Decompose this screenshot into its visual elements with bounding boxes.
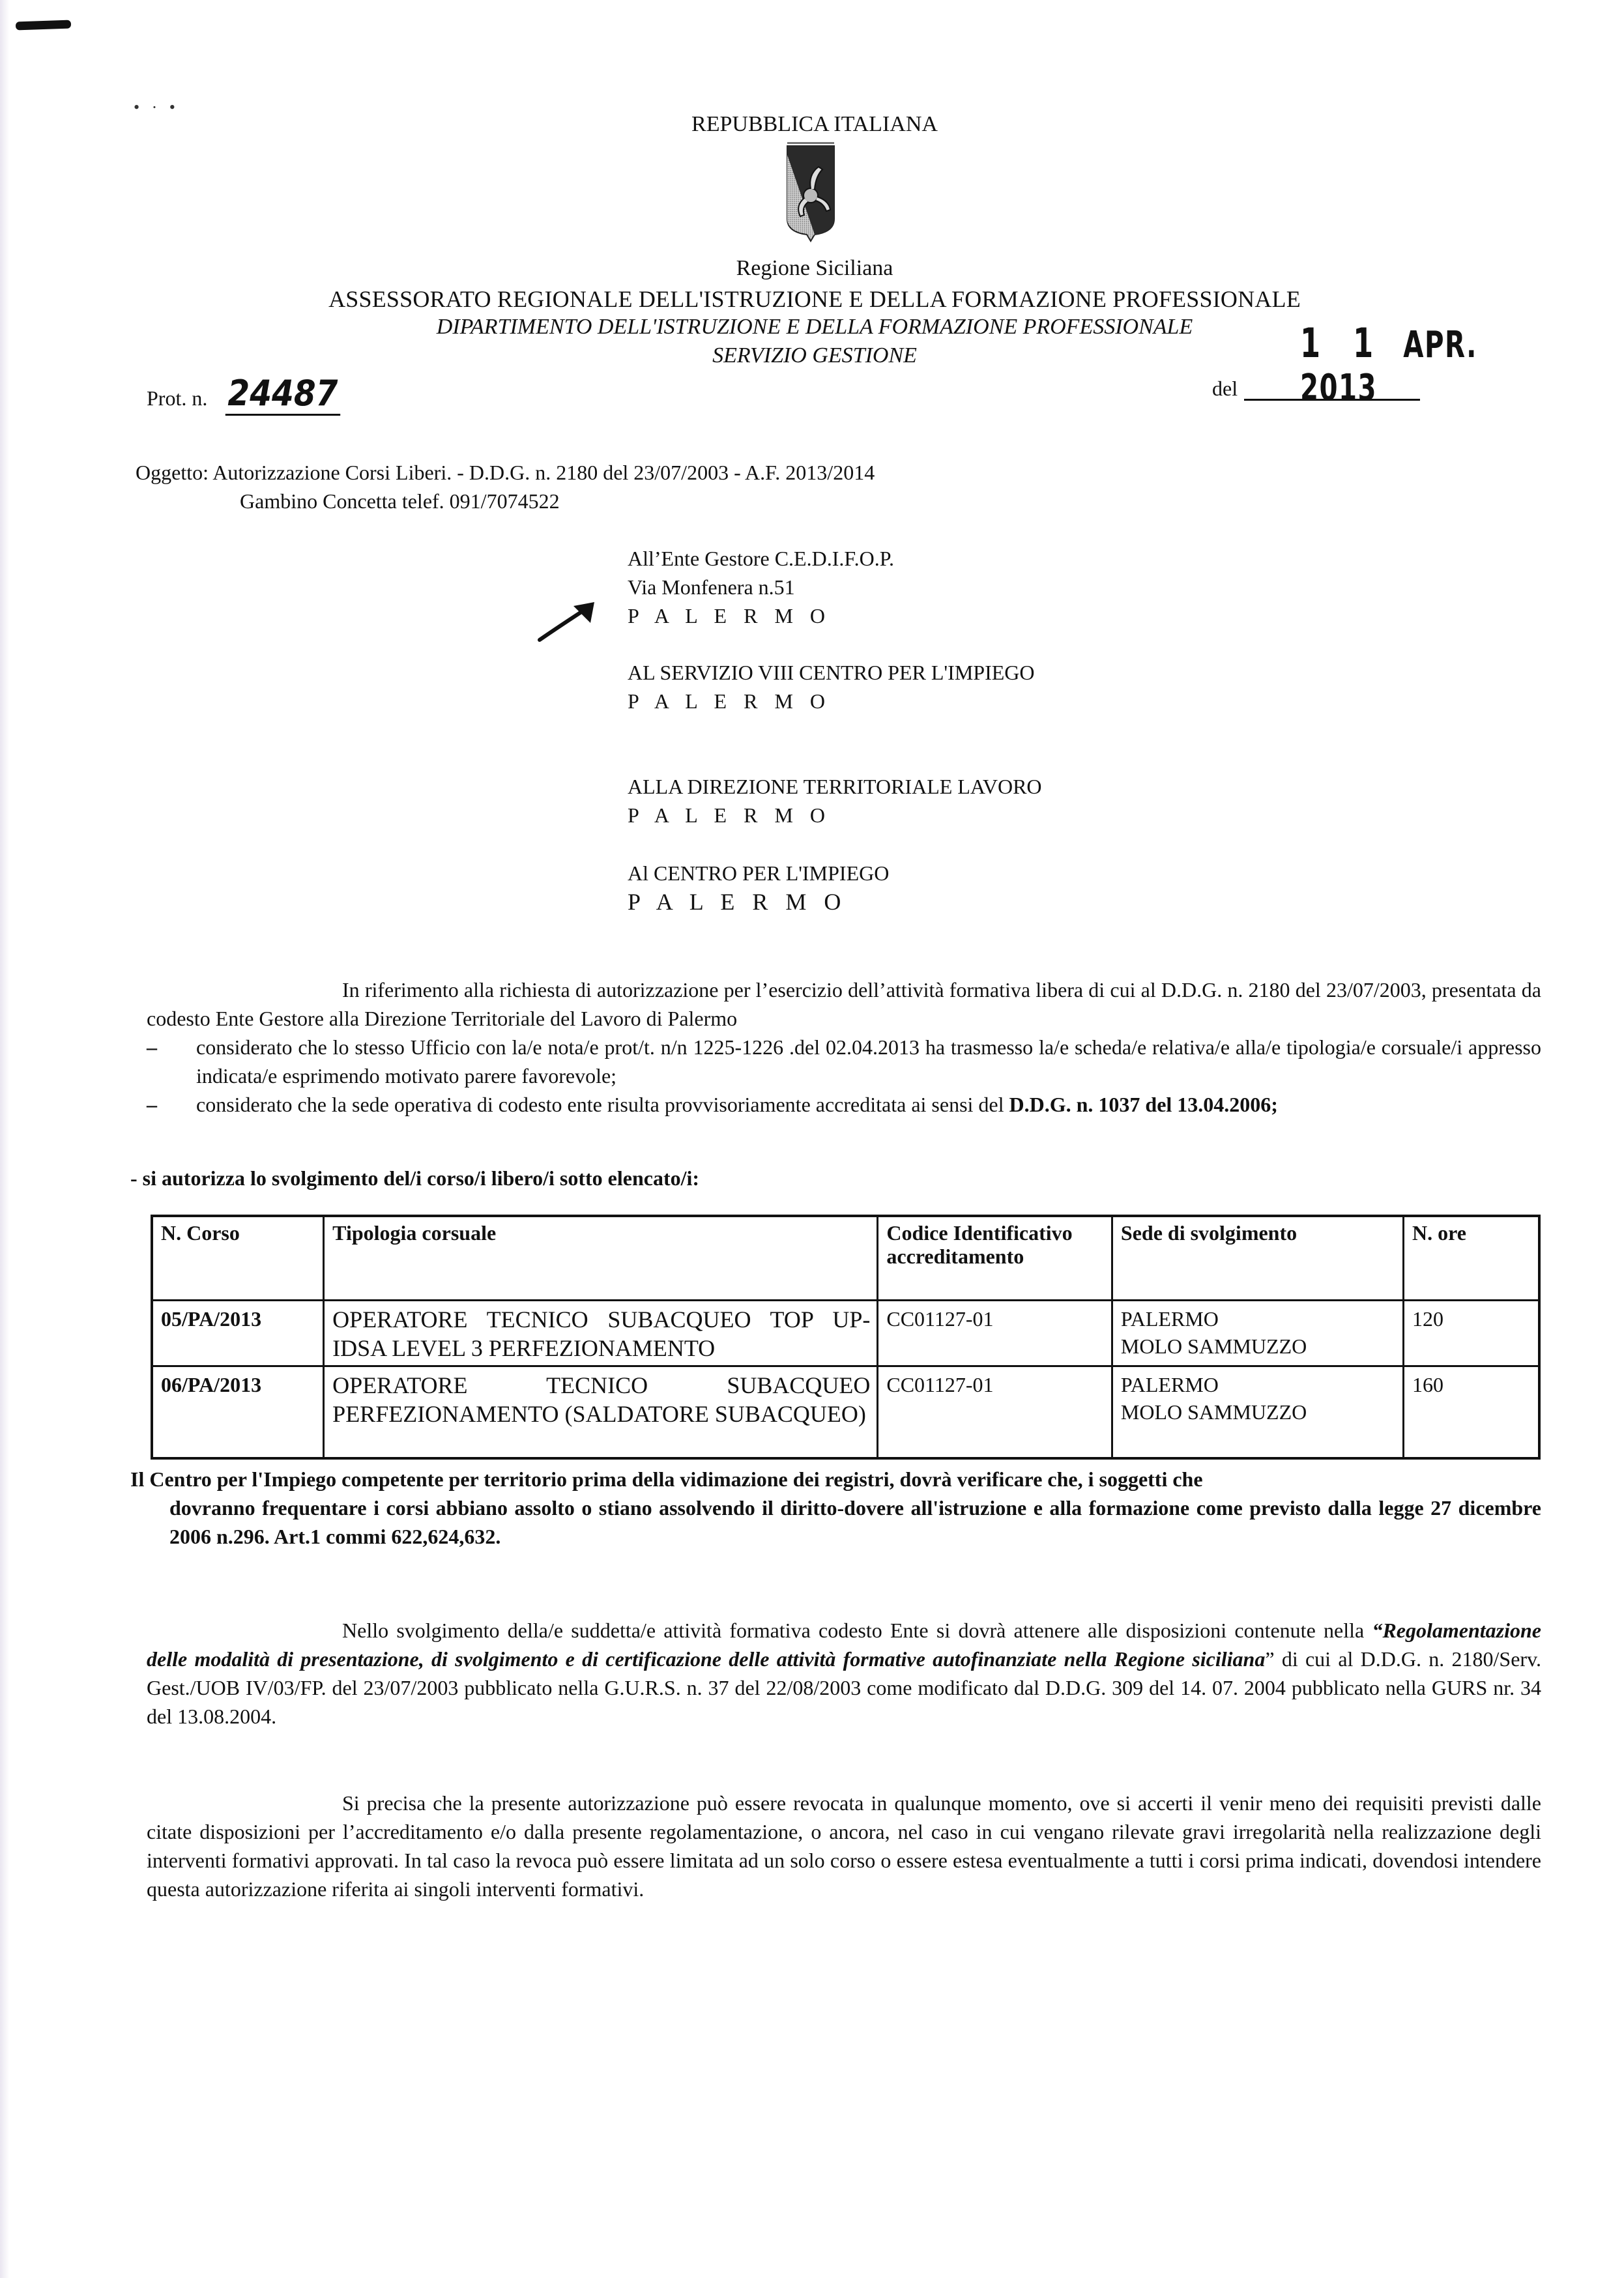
regulation-lead: Nello svolgimento della/e suddetta/e att… <box>342 1619 1372 1642</box>
bullet-dash: – <box>147 1033 196 1090</box>
note-first-line: Il Centro per l'Impiego competente per t… <box>130 1467 1203 1491</box>
date-field: del <box>1212 377 1420 401</box>
recipient-name: All’Ente Gestore C.E.D.I.F.O.P. <box>628 544 894 573</box>
bullet-text-plain: considerato che la sede operativa di cod… <box>196 1093 1009 1116</box>
assessorato-heading: ASSESSORATO REGIONALE DELL'ISTRUZIONE E … <box>261 285 1369 313</box>
recipient-name: AL SERVIZIO VIII CENTRO PER L'IMPIEGO <box>628 658 1035 687</box>
handwritten-arrow-icon <box>534 599 600 645</box>
date-label: del <box>1212 377 1238 400</box>
trinacria-shield-icon <box>782 142 839 243</box>
recipient-direzione-lavoro: ALLA DIREZIONE TERRITORIALE LAVORO P A L… <box>628 772 1042 829</box>
recipient-servizio-viii: AL SERVIZIO VIII CENTRO PER L'IMPIEGO P … <box>628 658 1035 715</box>
list-item: – considerato che lo stesso Ufficio con … <box>147 1033 1541 1090</box>
table-header-row: N. Corso Tipologia corsuale Codice Ident… <box>152 1216 1539 1301</box>
subject-contact: Gambino Concetta telef. 091/7074522 <box>136 487 875 515</box>
punch-mark <box>16 20 71 31</box>
cell-sede: PALERMOMOLO SAMMUZZO <box>1112 1301 1403 1366</box>
subject-block: Oggetto: Autorizzazione Corsi Liberi. - … <box>136 458 875 515</box>
protocol-number: 24487 <box>225 373 340 416</box>
protocol-label: Prot. n. <box>147 386 207 410</box>
dipartimento-heading: DIPARTIMENTO DELL'ISTRUZIONE E DELLA FOR… <box>293 315 1336 339</box>
cell-n-corso: 05/PA/2013 <box>152 1301 324 1366</box>
list-item: – considerato che la sede operativa di c… <box>147 1090 1541 1119</box>
recipient-city: P A L E R M O <box>628 887 889 916</box>
bullet-dash: – <box>147 1090 196 1119</box>
table-row: 05/PA/2013 OPERATORE TECNICO SUBACQUEO T… <box>152 1301 1539 1366</box>
col-header-codice: Codice Identificativo accreditamento <box>878 1216 1112 1301</box>
bullet-text-bold: D.D.G. n. 1037 del 13.04.2006; <box>1009 1093 1278 1116</box>
sede-city: PALERMO <box>1121 1305 1396 1333</box>
employment-center-note: Il Centro per l'Impiego competente per t… <box>130 1465 1541 1551</box>
recipient-name: Al CENTRO PER L'IMPIEGO <box>628 859 889 887</box>
sede-place: MOLO SAMMUZZO <box>1121 1333 1396 1360</box>
cell-codice: CC01127-01 <box>878 1301 1112 1366</box>
intro-paragraph: In riferimento alla richiesta di autoriz… <box>147 975 1541 1033</box>
cell-codice: CC01127-01 <box>878 1366 1112 1459</box>
sede-city: PALERMO <box>1121 1371 1396 1398</box>
note-continuation: dovranno frequentare i corsi abbiano ass… <box>130 1493 1541 1551</box>
protocol-line: Prot. n. 24487 <box>147 373 347 416</box>
courses-table: N. Corso Tipologia corsuale Codice Ident… <box>151 1215 1541 1460</box>
revocation-paragraph: Si precisa che la presente autorizzazion… <box>147 1789 1541 1903</box>
date-blank-line <box>1244 381 1420 401</box>
authorization-statement: - si autorizza lo svolgimento del/i cors… <box>130 1166 699 1190</box>
cell-tipologia: OPERATORE TECNICO SUBACQUEO TOP UP- IDSA… <box>324 1301 878 1366</box>
scan-edge-shadow <box>0 0 9 2278</box>
date-stamp-day: 1 1 <box>1300 319 1385 367</box>
recipient-city: P A L E R M O <box>628 801 1042 829</box>
recipient-city: P A L E R M O <box>628 687 1035 715</box>
col-header-n-corso: N. Corso <box>152 1216 324 1301</box>
recipient-city: P A L E R M O <box>628 601 894 630</box>
cell-tipologia: OPERATORE TECNICO SUBACQUEO PERFEZIONAME… <box>324 1366 878 1459</box>
recipient-address: Via Monfenera n.51 <box>628 573 894 601</box>
recipient-name: ALLA DIREZIONE TERRITORIALE LAVORO <box>628 772 1042 801</box>
cell-ore: 120 <box>1403 1301 1539 1366</box>
col-header-sede: Sede di svolgimento <box>1112 1216 1403 1301</box>
recipient-cedifop: All’Ente Gestore C.E.D.I.F.O.P. Via Monf… <box>628 544 894 630</box>
republic-heading: REPUBBLICA ITALIANA <box>587 112 1043 137</box>
subject-line: Oggetto: Autorizzazione Corsi Liberi. - … <box>136 458 875 487</box>
table-row: 06/PA/2013 OPERATORE TECNICO SUBACQUEO P… <box>152 1366 1539 1459</box>
cell-ore: 160 <box>1403 1366 1539 1459</box>
servizio-heading: SERVIZIO GESTIONE <box>587 343 1043 368</box>
col-header-ore: N. ore <box>1403 1216 1539 1301</box>
recipient-centro-impiego: Al CENTRO PER L'IMPIEGO P A L E R M O <box>628 859 889 916</box>
regulation-paragraph: Nello svolgimento della/e suddetta/e att… <box>147 1616 1541 1731</box>
cell-sede: PALERMOMOLO SAMMUZZO <box>1112 1366 1403 1459</box>
scribble-mark: • · • <box>134 98 238 111</box>
sede-place: MOLO SAMMUZZO <box>1121 1398 1396 1426</box>
considerations-list: – considerato che lo stesso Ufficio con … <box>147 1033 1541 1119</box>
bullet-text: considerato che la sede operativa di cod… <box>196 1090 1541 1119</box>
bullet-text: considerato che lo stesso Ufficio con la… <box>196 1033 1541 1090</box>
region-heading: Regione Siciliana <box>587 256 1043 281</box>
cell-n-corso: 06/PA/2013 <box>152 1366 324 1459</box>
col-header-tipologia: Tipologia corsuale <box>324 1216 878 1301</box>
